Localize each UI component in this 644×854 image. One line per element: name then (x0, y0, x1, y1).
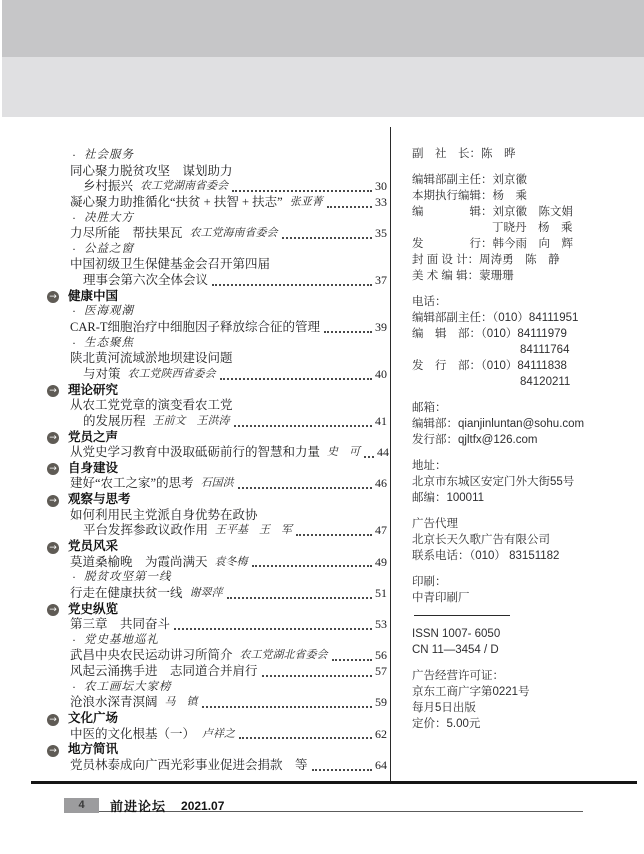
toc-text: 党史纵览 (68, 602, 118, 618)
toc-text: 从党史学习教育中汲取砥砺前行的智慧和力量 (70, 445, 320, 461)
top-band-light (2, 57, 644, 117)
toc-text: 农工画坛大家榜 (84, 680, 172, 696)
masthead-line: CN 11—3454 / D (412, 642, 634, 658)
column-divider (390, 127, 391, 781)
toc-list: ·社会服务同心聚力脱贫攻坚 谋划助力乡村振兴农工党湖南省委会30凝心聚力助推循化… (46, 148, 388, 774)
section-arrow-icon: → (47, 495, 59, 507)
toc-author: 马 镇 (165, 695, 198, 711)
dot-leader (239, 737, 372, 739)
toc-text: 平台发挥参政议政作用 (83, 523, 208, 539)
toc-author: 卢祥之 (202, 727, 235, 743)
toc-author: 王平基 王 军 (215, 523, 292, 539)
toc-row-subcat: ·社会服务 (46, 148, 388, 164)
toc-text: 凝心聚力助推循化“扶贫 + 扶智 + 扶志” (70, 195, 283, 211)
toc-author: 农工党湖南省委会 (140, 179, 228, 195)
toc-author: 石国洪 (201, 476, 234, 492)
toc-page-number: 46 (375, 476, 387, 492)
toc-row-entry: CAR-T细胞治疗中细胞因子释放综合征的管理39 (46, 320, 388, 336)
toc-page-number: 53 (375, 617, 387, 633)
dot-leader (220, 378, 372, 380)
toc-row-section: →文化广场 (46, 711, 388, 727)
section-arrow-icon: → (47, 714, 59, 726)
toc-text: 党员林泰成向广西光彩事业促进会捐款 等 (70, 758, 308, 774)
masthead-line: 丁晓丹 杨 乘 (412, 220, 634, 236)
toc-text: 同心聚力脱贫攻坚 谋划助力 (70, 164, 233, 180)
toc-row-title: 同心聚力脱贫攻坚 谋划助力 (46, 164, 388, 180)
subcategory-dot-icon: · (72, 570, 76, 586)
masthead-line: 副 社 长：陈 晔 (412, 146, 634, 162)
toc-text: 从农工党党章的演变看农工党 (70, 398, 233, 414)
dot-leader (262, 675, 372, 677)
toc-page-number: 35 (375, 226, 387, 242)
issue-date: 2021.07 (181, 799, 224, 813)
masthead-line: 定价：5.00元 (412, 716, 634, 732)
toc-row-cont: 乡村振兴农工党湖南省委会30 (46, 179, 388, 195)
toc-row-cont: 的发展历程王前文 王洪涛41 (46, 414, 388, 430)
toc-row-entry: 风起云涌携手进 志同道合并肩行57 (46, 664, 388, 680)
page-footer: 4 前进论坛 2021.07 (64, 796, 224, 815)
toc-text: 生态聚焦 (84, 336, 134, 352)
toc-text: 社会服务 (84, 148, 134, 164)
toc-author: 史 可 (327, 445, 360, 461)
toc-text: 乡村振兴 (83, 179, 133, 195)
subcategory-dot-icon: · (72, 633, 76, 649)
toc-row-title: 如何利用民主党派自身优势在政协 (46, 508, 388, 524)
toc-row-subcat: ·公益之窗 (46, 242, 388, 258)
toc-author: 张亚菁 (290, 195, 323, 211)
masthead-block: 电话：编辑部副主任：（010）84111951编 辑 部：（010）841119… (412, 294, 634, 390)
section-arrow-icon: → (47, 604, 59, 616)
dot-leader (332, 659, 372, 661)
toc-text: 中医的文化根基（一） (70, 727, 195, 743)
toc-page-number: 33 (375, 195, 387, 211)
dot-leader (296, 534, 372, 536)
section-arrow-icon: → (47, 745, 59, 757)
toc-row-entry: 沧浪水深青溟阔马 镇59 (46, 695, 388, 711)
toc-text: 理事会第六次全体会议 (83, 273, 208, 289)
toc-row-title: 陕北黄河流域淤地坝建设问题 (46, 351, 388, 367)
dot-leader (227, 597, 372, 599)
masthead-line: 中青印刷厂 (412, 590, 634, 606)
toc-row-entry: 第三章 共同奋斗53 (46, 617, 388, 633)
toc-text: 决胜大方 (84, 211, 134, 227)
toc-page-number: 51 (375, 586, 387, 602)
toc-row-entry: 从党史学习教育中汲取砥砺前行的智慧和力量史 可44 (46, 445, 388, 461)
toc-text: 莫道桑榆晚 为霞尚满天 (70, 555, 208, 571)
toc-page-number: 59 (375, 695, 387, 711)
subcategory-dot-icon: · (72, 680, 76, 696)
toc-row-cont: 平台发挥参政议政作用王平基 王 军47 (46, 523, 388, 539)
subcategory-dot-icon: · (72, 148, 76, 164)
toc-row-entry: 行走在健康扶贫一线谢翠萍51 (46, 586, 388, 602)
magazine-title: 前进论坛 (110, 796, 166, 815)
dot-leader (234, 425, 372, 427)
toc-author: 王前文 王洪涛 (153, 414, 230, 430)
section-arrow-icon: → (47, 542, 59, 554)
masthead-line: 地址： (412, 458, 634, 474)
masthead-line: 广告经营许可证： (412, 668, 634, 684)
masthead-block: 印刷：中青印刷厂 (412, 574, 634, 616)
toc-text: 党员之声 (68, 430, 118, 446)
dot-leader (238, 487, 372, 489)
masthead-line: ISSN 1007- 6050 (412, 626, 634, 642)
masthead-line: 发 行：韩今雨 向 辉 (412, 236, 634, 252)
toc-row-subcat: ·生态聚焦 (46, 336, 388, 352)
toc-text: 力尽所能 帮扶果瓦 (70, 226, 183, 242)
toc-page-number: 39 (375, 320, 387, 336)
toc-row-title: 中国初级卫生保健基金会召开第四届 (46, 257, 388, 273)
masthead-line: 邮编：100011 (412, 490, 634, 506)
toc-page-number: 30 (375, 179, 387, 195)
toc-text: 医海观潮 (84, 304, 134, 320)
toc-page-number: 41 (375, 414, 387, 430)
masthead-line: 本期执行编辑：杨 乘 (412, 188, 634, 204)
subcategory-dot-icon: · (72, 304, 76, 320)
masthead-line: 发行部：qjltfx@126.com (412, 432, 634, 448)
masthead-line: 发 行 部：（010）84111838 (412, 358, 634, 374)
toc-row-entry: 建好“农工之家”的思考石国洪46 (46, 476, 388, 492)
page-body: ·社会服务同心聚力脱贫攻坚 谋划助力乡村振兴农工党湖南省委会30凝心聚力助推循化… (0, 117, 644, 854)
masthead-line: 封 面 设 计：周涛勇 陈 静 (412, 252, 634, 268)
toc-text: 的发展历程 (83, 414, 146, 430)
toc-row-section: →理论研究 (46, 383, 388, 399)
masthead-block: 副 社 长：陈 晔 (412, 146, 634, 162)
toc-row-subcat: ·农工画坛大家榜 (46, 680, 388, 696)
toc-row-section: →党员风采 (46, 539, 388, 555)
toc-row-subcat: ·党史基地巡礼 (46, 633, 388, 649)
toc-author: 袁冬梅 (215, 555, 248, 571)
dot-leader (327, 206, 372, 208)
toc-text: 沧浪水深青溟阔 (70, 695, 158, 711)
toc-text: 党员风采 (68, 539, 118, 555)
section-arrow-icon: → (47, 463, 59, 475)
toc-text: 与对策 (83, 367, 121, 383)
toc-text: 行走在健康扶贫一线 (70, 586, 183, 602)
toc-row-section: →观察与思考 (46, 492, 388, 508)
toc-row-section: →党员之声 (46, 430, 388, 446)
toc-text: 中国初级卫生保健基金会召开第四届 (70, 257, 270, 273)
masthead-line: 邮箱： (412, 400, 634, 416)
toc-row-entry: 凝心聚力助推循化“扶贫 + 扶智 + 扶志”张亚菁33 (46, 195, 388, 211)
toc-row-entry: 力尽所能 帮扶果瓦农工党海南省委会35 (46, 226, 388, 242)
masthead-block: ISSN 1007- 6050CN 11—3454 / D (412, 626, 634, 658)
masthead-line: 联系电话：（010） 83151182 (412, 548, 634, 564)
toc-row-title: 从农工党党章的演变看农工党 (46, 398, 388, 414)
masthead-line: 京东工商广字第0221号 (412, 684, 634, 700)
masthead-line: 编辑部：qianjinluntan@sohu.com (412, 416, 634, 432)
toc-text: 建好“农工之家”的思考 (70, 476, 194, 492)
dot-leader (252, 565, 372, 567)
toc-author: 农工党湖北省委会 (240, 648, 328, 664)
masthead-line: 84120211 (412, 374, 634, 390)
toc-page-number: 40 (375, 367, 387, 383)
section-arrow-icon: → (47, 432, 59, 444)
toc-text: CAR-T细胞治疗中细胞因子释放综合征的管理 (70, 320, 320, 336)
toc-row-cont: 与对策农工党陕西省委会40 (46, 367, 388, 383)
masthead-info: 副 社 长：陈 晔编辑部副主任：刘京徽本期执行编辑：杨 乘编 辑：刘京徽 陈文娟… (412, 146, 634, 742)
masthead-block: 广告经营许可证：京东工商广字第0221号每月5日出版定价：5.00元 (412, 668, 634, 732)
toc-row-subcat: ·脱贫攻坚第一线 (46, 570, 388, 586)
masthead-line: 编 辑 部：（010）84111979 (412, 326, 634, 342)
toc-text: 公益之窗 (84, 242, 134, 258)
toc-row-subcat: ·决胜大方 (46, 211, 388, 227)
toc-row-subcat: ·医海观潮 (46, 304, 388, 320)
toc-text: 健康中国 (68, 289, 118, 305)
dot-leader (202, 706, 372, 708)
toc-row-section: →党史纵览 (46, 602, 388, 618)
masthead-block: 广告代理北京长天久歌广告有限公司联系电话：（010） 83151182 (412, 516, 634, 564)
masthead-block: 邮箱：编辑部：qianjinluntan@sohu.com发行部：qjltfx@… (412, 400, 634, 448)
magazine-toc-page: ·社会服务同心聚力脱贫攻坚 谋划助力乡村振兴农工党湖南省委会30凝心聚力助推循化… (0, 0, 644, 854)
masthead-line: 编辑部副主任：刘京徽 (412, 172, 634, 188)
toc-page-number: 57 (375, 664, 387, 680)
dot-leader (212, 284, 372, 286)
masthead-line: 84111764 (412, 342, 634, 358)
dot-leader (232, 190, 372, 192)
toc-row-entry: 莫道桑榆晚 为霞尚满天袁冬梅49 (46, 555, 388, 571)
subcategory-dot-icon: · (72, 211, 76, 227)
toc-row-entry: 中医的文化根基（一）卢祥之62 (46, 727, 388, 743)
subcategory-dot-icon: · (72, 242, 76, 258)
toc-author: 农工党陕西省委会 (128, 367, 216, 383)
dot-leader (324, 331, 372, 333)
masthead-block: 编辑部副主任：刘京徽本期执行编辑：杨 乘编 辑：刘京徽 陈文娟丁晓丹 杨 乘发 … (412, 172, 634, 284)
toc-page-number: 44 (377, 445, 389, 461)
footer-rule-thick (31, 781, 637, 784)
section-arrow-icon: → (47, 385, 59, 397)
masthead-rule (414, 615, 510, 616)
section-arrow-icon: → (47, 291, 59, 303)
toc-row-cont: 理事会第六次全体会议37 (46, 273, 388, 289)
toc-text: 第三章 共同奋斗 (70, 617, 170, 633)
toc-page-number: 56 (375, 648, 387, 664)
toc-text: 如何利用民主党派自身优势在政协 (70, 508, 258, 524)
masthead-line: 电话： (412, 294, 634, 310)
dot-leader (174, 628, 372, 630)
toc-author: 农工党海南省委会 (190, 226, 278, 242)
toc-text: 陕北黄河流域淤地坝建设问题 (70, 351, 233, 367)
masthead-line: 北京市东城区安定门外大街55号 (412, 474, 634, 490)
toc-text: 地方简讯 (68, 742, 118, 758)
masthead-line: 编 辑：刘京徽 陈文娟 (412, 204, 634, 220)
toc-author: 谢翠萍 (190, 586, 223, 602)
toc-page-number: 37 (375, 273, 387, 289)
toc-text: 武昌中央农民运动讲习所简介 (70, 648, 233, 664)
masthead-line: 编辑部副主任：（010）84111951 (412, 310, 634, 326)
masthead-line: 每月5日出版 (412, 700, 634, 716)
subcategory-dot-icon: · (72, 336, 76, 352)
dot-leader (364, 456, 374, 458)
toc-text: 党史基地巡礼 (84, 633, 159, 649)
masthead-line: 印刷： (412, 574, 634, 590)
toc-text: 脱贫攻坚第一线 (84, 570, 172, 586)
toc-text: 文化广场 (68, 711, 118, 727)
toc-row-section: →地方简讯 (46, 742, 388, 758)
dot-leader (282, 237, 372, 239)
toc-text: 观察与思考 (68, 492, 131, 508)
toc-text: 风起云涌携手进 志同道合并肩行 (70, 664, 258, 680)
toc-text: 理论研究 (68, 383, 118, 399)
masthead-line: 广告代理 (412, 516, 634, 532)
masthead-line: 北京长天久歌广告有限公司 (412, 532, 634, 548)
toc-row-section: →自身建设 (46, 461, 388, 477)
page-number-box: 4 (64, 798, 99, 813)
toc-page-number: 49 (375, 555, 387, 571)
top-band-dark (2, 0, 644, 57)
masthead-block: 地址：北京市东城区安定门外大街55号邮编：100011 (412, 458, 634, 506)
toc-page-number: 64 (375, 758, 387, 774)
toc-row-section: →健康中国 (46, 289, 388, 305)
toc-text: 自身建设 (68, 461, 118, 477)
toc-page-number: 47 (375, 523, 387, 539)
dot-leader (312, 769, 372, 771)
toc-row-entry: 党员林泰成向广西光彩事业促进会捐款 等64 (46, 758, 388, 774)
toc-row-entry: 武昌中央农民运动讲习所简介农工党湖北省委会56 (46, 649, 388, 665)
masthead-line: 美 术 编 辑：蒙珊珊 (412, 268, 634, 284)
toc-page-number: 62 (375, 727, 387, 743)
